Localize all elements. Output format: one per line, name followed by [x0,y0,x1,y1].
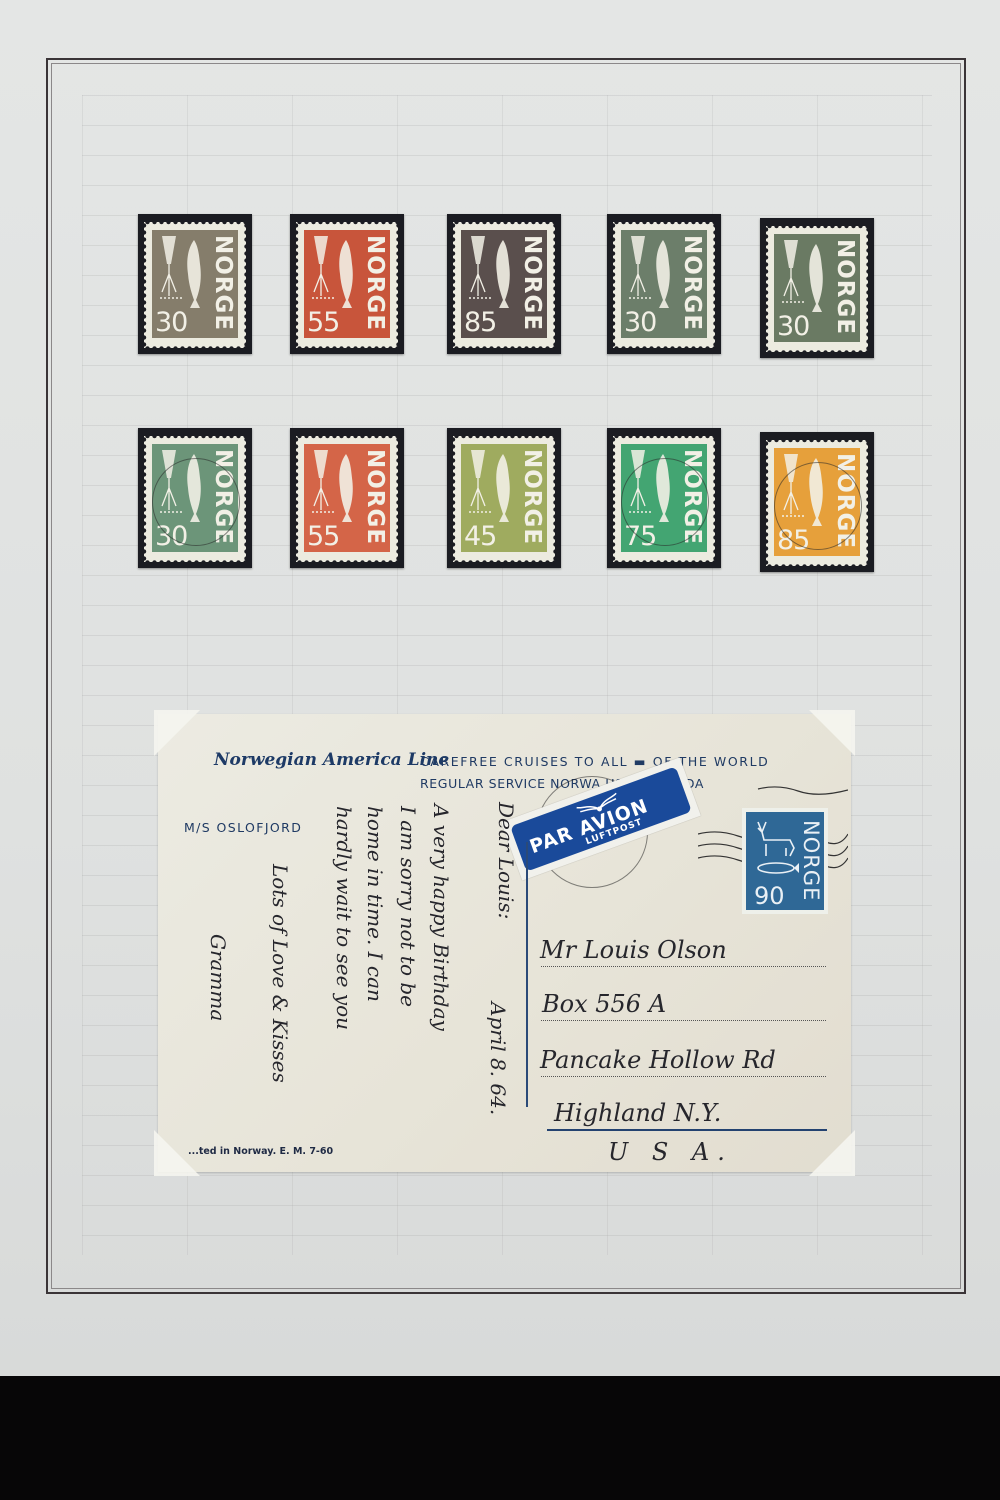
stamp-country: NORGE [210,232,236,334]
address-rule [541,1076,826,1077]
wheat-and-fish-icon [308,234,366,308]
stamp-mount: NORGE30 [607,214,721,354]
message-line: hardly wait to see you [332,806,356,1030]
stamp-value: 30 [624,309,656,336]
stamp-value: 30 [777,313,809,340]
stamp-value: 85 [464,309,496,336]
stamp-value: 45 [464,523,496,550]
wheat-and-fish-icon [465,448,523,522]
stamp: NORGE30 [766,226,868,352]
shipping-line-logo: Norwegian America Line [214,750,449,770]
photo-corner [809,1130,855,1176]
stamp-mount: NORGE85 [760,432,874,572]
address-line: U S A. [608,1138,733,1166]
stamp-design: NORGE55 [304,444,390,552]
message-line: Lots of Love & Kisses [268,864,292,1083]
stamp-country: NORGE [832,236,858,338]
message-line: Dear Louis: [494,802,518,919]
stamp: NORGE85 [453,222,555,348]
address-rule [541,966,826,967]
stamp-mount: NORGE30 [138,214,252,354]
address-line: Mr Louis Olson [540,936,727,964]
message-date: April 8. 64. [486,1002,510,1115]
stamp-mount: NORGE85 [447,214,561,354]
message-line: A very happy Birthday [429,804,453,1031]
stamp-country: NORGE [679,232,705,334]
stamp-country: NORGE [362,232,388,334]
message-signature: Gramma [206,934,230,1021]
postcard: Norwegian America Line CAREFREE CRUISES … [158,714,851,1172]
stamp-value: 55 [307,523,339,550]
wheat-and-fish-icon [625,234,683,308]
photo-corner [809,710,855,756]
stamp-mount: NORGE30 [760,218,874,358]
stamp-value: 90 [754,882,785,910]
card-divider [526,842,528,1107]
cancellation-mark [774,462,862,550]
cancellation-mark [152,458,240,546]
stamp-design: NORGE30 [152,230,238,338]
stamp-design: NORGE30 [621,230,707,338]
stamp: NORGE55 [296,436,398,562]
stamp-mount: NORGE55 [290,214,404,354]
stamp-design: NORGE45 [461,444,547,552]
address-line: Highland N.Y. [554,1099,721,1127]
stamp-design: NORGE30 [774,234,860,342]
tagline-1: CAREFREE CRUISES TO ALL ▬ OF THE WORLD [420,754,769,769]
stamp-mount: NORGE75 [607,428,721,568]
photo-corner [154,710,200,756]
stamp-value: 55 [307,309,339,336]
stamp-mount: NORGE55 [290,428,404,568]
printer-imprint: ...ted in Norway. E. M. 7-60 [188,1146,333,1157]
stamp-country: NORGE [362,446,388,548]
cancellation-mark [621,458,709,546]
stamp-mount: NORGE30 [138,428,252,568]
message-line: I am sorry not to be [396,806,420,1007]
stamp: NORGE30 [613,222,715,348]
reindeer-fish-icon [750,818,800,882]
stamp-design: NORGE85 [461,230,547,338]
album-page: NORGE30NORGE55NORGE85NORGE30NORGE30NORGE… [0,0,1000,1376]
stamp-mount: NORGE45 [447,428,561,568]
wheat-and-fish-icon [778,238,836,312]
address-line: Pancake Hollow Rd [540,1046,776,1074]
postage-stamp: NORGE 90 [742,808,828,914]
address-rule [541,1020,826,1021]
stamp: NORGE30 [144,222,246,348]
stamp-design: NORGE55 [304,230,390,338]
address-underline [547,1129,827,1131]
stamp: NORGE45 [453,436,555,562]
wheat-and-fish-icon [156,234,214,308]
stamp-country: NORGE [799,814,823,908]
stamp-country: NORGE [519,232,545,334]
stamp-country: NORGE [519,446,545,548]
message-line: home in time. I can [363,806,387,1002]
stamp: NORGE55 [296,222,398,348]
address-line: Box 556 A [542,990,666,1018]
wheat-and-fish-icon [308,448,366,522]
table-surface [0,1376,1000,1500]
wheat-and-fish-icon [465,234,523,308]
ship-name: M/S OSLOFJORD [184,820,302,835]
stamp-value: 30 [155,309,187,336]
